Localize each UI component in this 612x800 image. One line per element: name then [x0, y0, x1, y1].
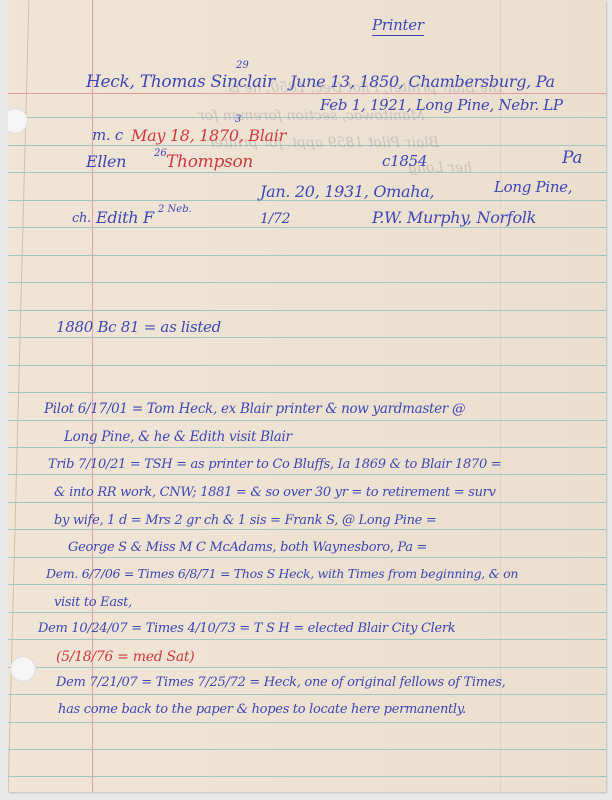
marriage-prefix: m. c [92, 128, 123, 143]
note-line: visit to East, [54, 596, 132, 609]
child-superscript: 2 Neb. [158, 204, 192, 215]
note-line: Pilot 6/17/01 = Tom Heck, ex Blair print… [44, 403, 465, 417]
rule-line [8, 776, 606, 777]
spouse-age-superscript: 26 [154, 148, 167, 159]
spouse-birth-place: Pa [562, 150, 582, 167]
marriage-superscript: 3 [235, 114, 241, 125]
spouse-surname: Thompson [166, 154, 253, 171]
note-line: Trib 7/10/21 = TSH = as printer to Co Bl… [48, 458, 501, 471]
rule-line [8, 337, 606, 338]
rule-line [8, 529, 606, 530]
note-line: Dem. 6/7/06 = Times 6/8/71 = Thos S Heck… [46, 568, 518, 581]
note-line: has come back to the paper & hopes to lo… [58, 703, 466, 716]
rule-line [8, 474, 606, 475]
rule-line [8, 502, 606, 503]
child-spouse: P.W. Murphy, Norfolk [372, 210, 536, 226]
rule-line [8, 420, 606, 421]
rule-line [8, 255, 606, 256]
right-margin-line [500, 0, 501, 792]
rule-line [8, 282, 606, 283]
note-line: Long Pine, & he & Edith visit Blair [64, 431, 292, 445]
lined-paper-sheet: the Blair printer, Pilot Dec. 1850, he i… [8, 0, 606, 792]
rule-line [8, 392, 606, 393]
note-line: Dem 10/24/07 = Times 4/10/73 = T S H = e… [38, 622, 455, 635]
rule-line [8, 667, 606, 668]
rule-line [8, 227, 606, 228]
census-entry: 1880 Bc 81 = as listed [56, 320, 221, 335]
spouse-birth-year: c1854 [382, 154, 427, 169]
subject-name: Heck, Thomas Sinclair [86, 74, 275, 91]
marriage-date-place: May 18, 1870, Blair [131, 128, 286, 144]
rule-line [8, 172, 606, 173]
birth-info: June 13, 1850, Chambersburg, Pa [290, 74, 555, 90]
rule-line [8, 749, 606, 750]
rule-line [8, 557, 606, 558]
rule-line [8, 639, 606, 640]
child-birth: 1/72 [260, 212, 290, 226]
rule-line [8, 447, 606, 448]
spouse-first-name: Ellen [86, 154, 126, 170]
spouse-death-place: Long Pine, [494, 180, 572, 195]
child-prefix: ch. [72, 212, 91, 225]
note-line: & into RR work, CNW; 1881 = & so over 30… [54, 486, 496, 499]
rule-line [8, 310, 606, 311]
rule-line [8, 722, 606, 723]
rule-line [8, 612, 606, 613]
punch-hole-bottom [10, 656, 36, 682]
age-superscript: 29 [236, 60, 249, 71]
note-line: Dem 7/21/07 = Times 7/25/72 = Heck, one … [56, 676, 505, 689]
child-name: Edith F [96, 210, 154, 226]
death-info: Feb 1, 1921, Long Pine, Nebr. LP [320, 98, 563, 113]
rule-line [8, 694, 606, 695]
left-margin-line [92, 0, 93, 792]
heading-text: Printer [372, 16, 424, 36]
page-heading: Printer [372, 18, 424, 33]
note-line: by wife, 1 d = Mrs 2 gr ch & 1 sis = Fra… [54, 514, 436, 527]
spouse-death-info: Jan. 20, 1931, Omaha, [260, 184, 434, 200]
rule-line [8, 365, 606, 366]
red-note: (5/18/76 = med Sat) [56, 650, 194, 664]
note-line: George S & Miss M C McAdams, both Waynes… [68, 541, 427, 554]
rule-line [8, 584, 606, 585]
